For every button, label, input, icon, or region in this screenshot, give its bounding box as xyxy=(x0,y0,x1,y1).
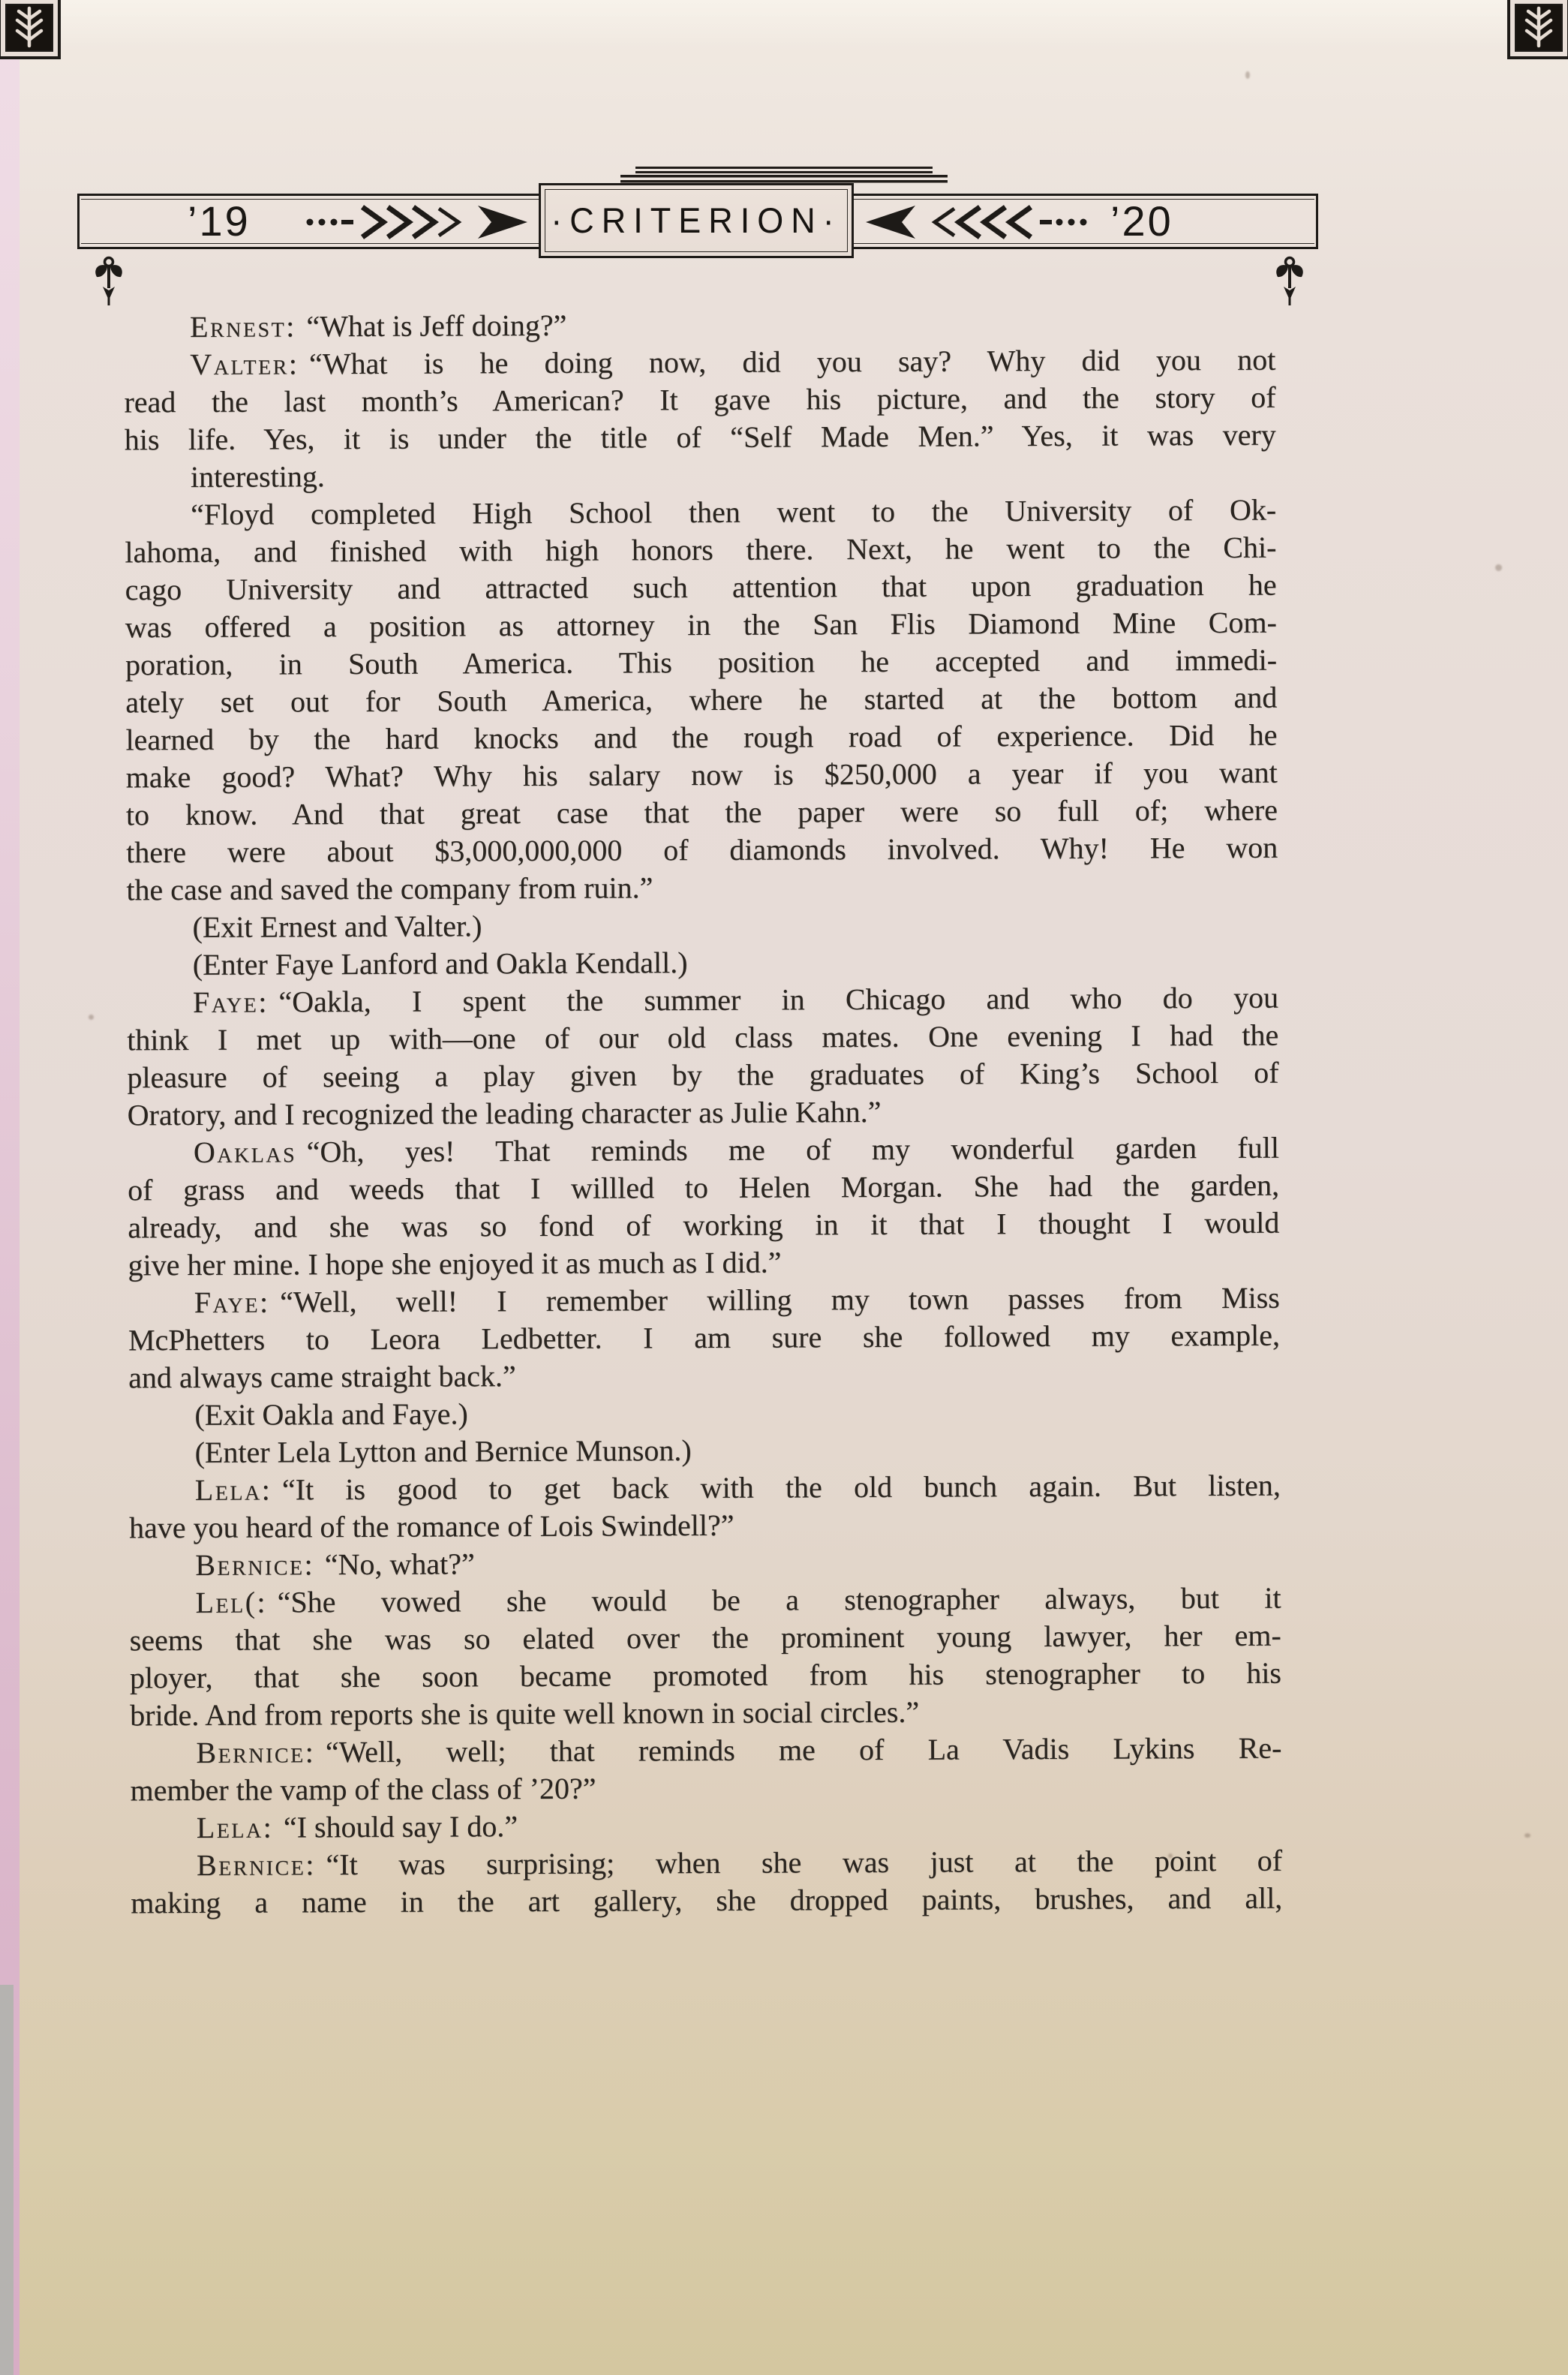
text-line: read the last month’s American? It gave … xyxy=(124,379,1275,422)
page-title: ·CRITERION· xyxy=(551,200,841,242)
scan-top-edge xyxy=(0,0,1568,47)
line-text: “It was surprising; when she was just at… xyxy=(326,1844,1282,1882)
text-line: Lela:“It is good to get back with the ol… xyxy=(129,1467,1281,1510)
speaker-label: Ernest: xyxy=(190,309,296,344)
text-line: Faye:“Oakla, I spent the summer in Chica… xyxy=(127,979,1278,1022)
text-line: his life. Yes, it is under the title of … xyxy=(125,416,1276,459)
line-text: lahoma, and finished with high honors th… xyxy=(125,531,1276,570)
text-line: (Enter Lela Lytton and Bernice Munson.) xyxy=(129,1430,1281,1472)
line-text: already, and she was so fond of working … xyxy=(128,1206,1279,1245)
line-text: to know. And that great case that the pa… xyxy=(126,793,1278,832)
line-text: was offered a position as attorney in th… xyxy=(125,606,1277,645)
line-text: “What is he doing now, did you say? Why … xyxy=(309,343,1275,381)
line-text: seems that she was so elated over the pr… xyxy=(130,1619,1281,1658)
line-text: member the vamp of the class of ’20?” xyxy=(131,1772,596,1808)
text-line: Faye:“Well, well! I remember willing my … xyxy=(128,1279,1280,1322)
text-line: making a name in the art gallery, she dr… xyxy=(131,1880,1282,1923)
speaker-label: Faye: xyxy=(193,985,269,1019)
speaker-label: Lela: xyxy=(195,1473,272,1507)
text-line: to know. And that great case that the pa… xyxy=(126,792,1278,834)
text-line: and always came straight back.” xyxy=(128,1354,1280,1397)
dust-speck xyxy=(1168,1853,1173,1858)
text-line: lahoma, and finished with high honors th… xyxy=(125,529,1276,572)
text-line: seems that she was so elated over the pr… xyxy=(130,1617,1281,1660)
text-line: bride. And from reports she is quite wel… xyxy=(130,1692,1281,1735)
line-text: “She vowed she would be a stenographer a… xyxy=(278,1581,1281,1619)
line-text: pleasure of seeing a play given by the g… xyxy=(127,1056,1278,1095)
speaker-label: Lel(: xyxy=(195,1586,267,1619)
text-line: the case and saved the company from ruin… xyxy=(126,867,1278,909)
text-line: think I met up with—one of our old class… xyxy=(127,1017,1278,1060)
text-line: (Exit Oakla and Faye.) xyxy=(128,1392,1280,1435)
line-text: cago University and attracted such atten… xyxy=(125,568,1277,607)
line-text: (Enter Lela Lytton and Bernice Munson.) xyxy=(195,1433,692,1469)
speaker-label: Valter: xyxy=(190,347,299,381)
line-text: give her mine. I hope she enjoyed it as … xyxy=(128,1246,781,1282)
text-line: learned by the hard knocks and the rough… xyxy=(125,717,1277,759)
fleur-pendant-icon xyxy=(1272,254,1307,306)
line-text: “It is good to get back with the old bun… xyxy=(282,1469,1281,1507)
line-text: Oratory, and I recognized the leading ch… xyxy=(128,1095,882,1132)
line-text: (Enter Faye Lanford and Oakla Kendall.) xyxy=(193,945,688,982)
text-line: was offered a position as attorney in th… xyxy=(125,604,1277,647)
line-text: “Well, well; that reminds me of La Vadis… xyxy=(326,1731,1282,1769)
dust-speck xyxy=(1495,564,1502,571)
script-text-block: Ernest:“What is Jeff doing?”Valter:“What… xyxy=(124,304,1282,1923)
line-text: “No, what?” xyxy=(325,1547,475,1581)
pediment-stripes-icon xyxy=(635,167,933,174)
title-box: ·CRITERION· xyxy=(539,183,854,258)
line-text: “What is Jeff doing?” xyxy=(306,308,566,344)
speaker-label: Bernice: xyxy=(197,1847,316,1882)
line-text: “Oh, yes! That reminds me of my wonderfu… xyxy=(307,1131,1279,1169)
line-text: “Well, well! I remember willing my town … xyxy=(280,1281,1280,1319)
speaker-label: Bernice: xyxy=(196,1735,315,1769)
text-line: ployer, that she soon became promoted fr… xyxy=(130,1655,1281,1697)
text-line: cago University and attracted such atten… xyxy=(125,567,1277,609)
foliate-square-icon xyxy=(1507,0,1568,59)
line-text: and always came straight back.” xyxy=(128,1359,516,1394)
speaker-label: Bernice: xyxy=(195,1547,314,1582)
line-text: (Exit Ernest and Valter.) xyxy=(193,909,482,944)
scanner-bed-edge xyxy=(0,1985,14,2375)
line-text: bride. And from reports she is quite wel… xyxy=(130,1695,919,1733)
text-line: Bernice:“It was surprising; when she was… xyxy=(131,1842,1282,1885)
dust-speck xyxy=(1245,71,1250,79)
text-line: Bernice:“Well, well; that reminds me of … xyxy=(130,1730,1281,1772)
line-text: learned by the hard knocks and the rough… xyxy=(125,718,1277,757)
text-line: give her mine. I hope she enjoyed it as … xyxy=(128,1242,1279,1285)
speaker-label: Lela: xyxy=(197,1810,274,1844)
foliate-square-icon xyxy=(0,0,61,59)
line-text: making a name in the art gallery, she dr… xyxy=(131,1881,1282,1920)
line-text: have you heard of the romance of Lois Sw… xyxy=(129,1508,734,1545)
dust-speck xyxy=(89,1015,94,1020)
text-line: of grass and weeds that I willled to Hel… xyxy=(128,1167,1279,1210)
line-text: read the last month’s American? It gave … xyxy=(124,380,1275,419)
line-text: there were about $3,000,000,000 of diamo… xyxy=(126,831,1278,870)
text-line: Oratory, and I recognized the leading ch… xyxy=(128,1092,1279,1135)
line-text: “I should say I do.” xyxy=(284,1809,518,1844)
text-line: (Exit Ernest and Valter.) xyxy=(126,904,1278,947)
fleur-pendant-icon xyxy=(92,254,126,306)
text-line: ately set out for South America, where h… xyxy=(125,679,1277,722)
feathered-arrow-icon xyxy=(304,203,529,242)
text-line: pleasure of seeing a play given by the g… xyxy=(127,1054,1278,1097)
year-left-label: ’19 xyxy=(188,197,251,245)
text-line: “Floyd completed High School then went t… xyxy=(125,492,1276,534)
line-text: “Floyd completed High School then went t… xyxy=(191,493,1276,531)
line-text: think I met up with—one of our old class… xyxy=(127,1018,1278,1057)
line-text: ployer, that she soon became promoted fr… xyxy=(130,1656,1281,1695)
text-line: (Enter Faye Lanford and Oakla Kendall.) xyxy=(127,942,1278,985)
text-line: make good? What? Why his salary now is $… xyxy=(126,754,1278,797)
text-line: have you heard of the romance of Lois Sw… xyxy=(129,1505,1281,1547)
text-line: interesting. xyxy=(125,454,1276,497)
text-line: Ernest:“What is Jeff doing?” xyxy=(124,304,1275,347)
text-line: McPhetters to Leora Ledbetter. I am sure… xyxy=(128,1317,1280,1360)
line-text: (Exit Oakla and Faye.) xyxy=(194,1396,468,1432)
line-text: poration, in South America. This positio… xyxy=(125,643,1277,682)
dust-speck xyxy=(1524,1833,1530,1838)
feathered-arrow-icon xyxy=(864,203,1089,242)
text-line: Lel(:“She vowed she would be a stenograp… xyxy=(129,1580,1281,1622)
line-text: ately set out for South America, where h… xyxy=(125,681,1277,720)
text-line: Valter:“What is he doing now, did you sa… xyxy=(124,341,1275,384)
line-text: interesting. xyxy=(191,459,325,494)
text-line: member the vamp of the class of ’20?” xyxy=(131,1767,1282,1810)
year-right-label: ’20 xyxy=(1110,197,1173,245)
line-text: “Oakla, I spent the summer in Chicago an… xyxy=(278,981,1278,1019)
line-text: his life. Yes, it is under the title of … xyxy=(125,418,1276,457)
text-line: Lela:“I should say I do.” xyxy=(131,1805,1282,1847)
line-text: make good? What? Why his salary now is $… xyxy=(126,756,1278,795)
text-line: already, and she was so fond of working … xyxy=(128,1204,1279,1247)
speaker-label: Oaklas xyxy=(194,1135,296,1169)
text-line: Oaklas“Oh, yes! That reminds me of my wo… xyxy=(128,1129,1279,1172)
line-text: the case and saved the company from ruin… xyxy=(126,870,653,906)
text-line: Bernice:“No, what?” xyxy=(129,1542,1281,1585)
speaker-label: Faye: xyxy=(194,1285,270,1319)
text-line: there were about $3,000,000,000 of diamo… xyxy=(126,829,1278,872)
yearbook-page-scan: ·CRITERION· ’19 ’20 xyxy=(0,0,1568,2375)
line-text: of grass and weeds that I willled to Hel… xyxy=(128,1168,1279,1207)
text-line: poration, in South America. This positio… xyxy=(125,642,1277,684)
line-text: McPhetters to Leora Ledbetter. I am sure… xyxy=(128,1318,1280,1357)
